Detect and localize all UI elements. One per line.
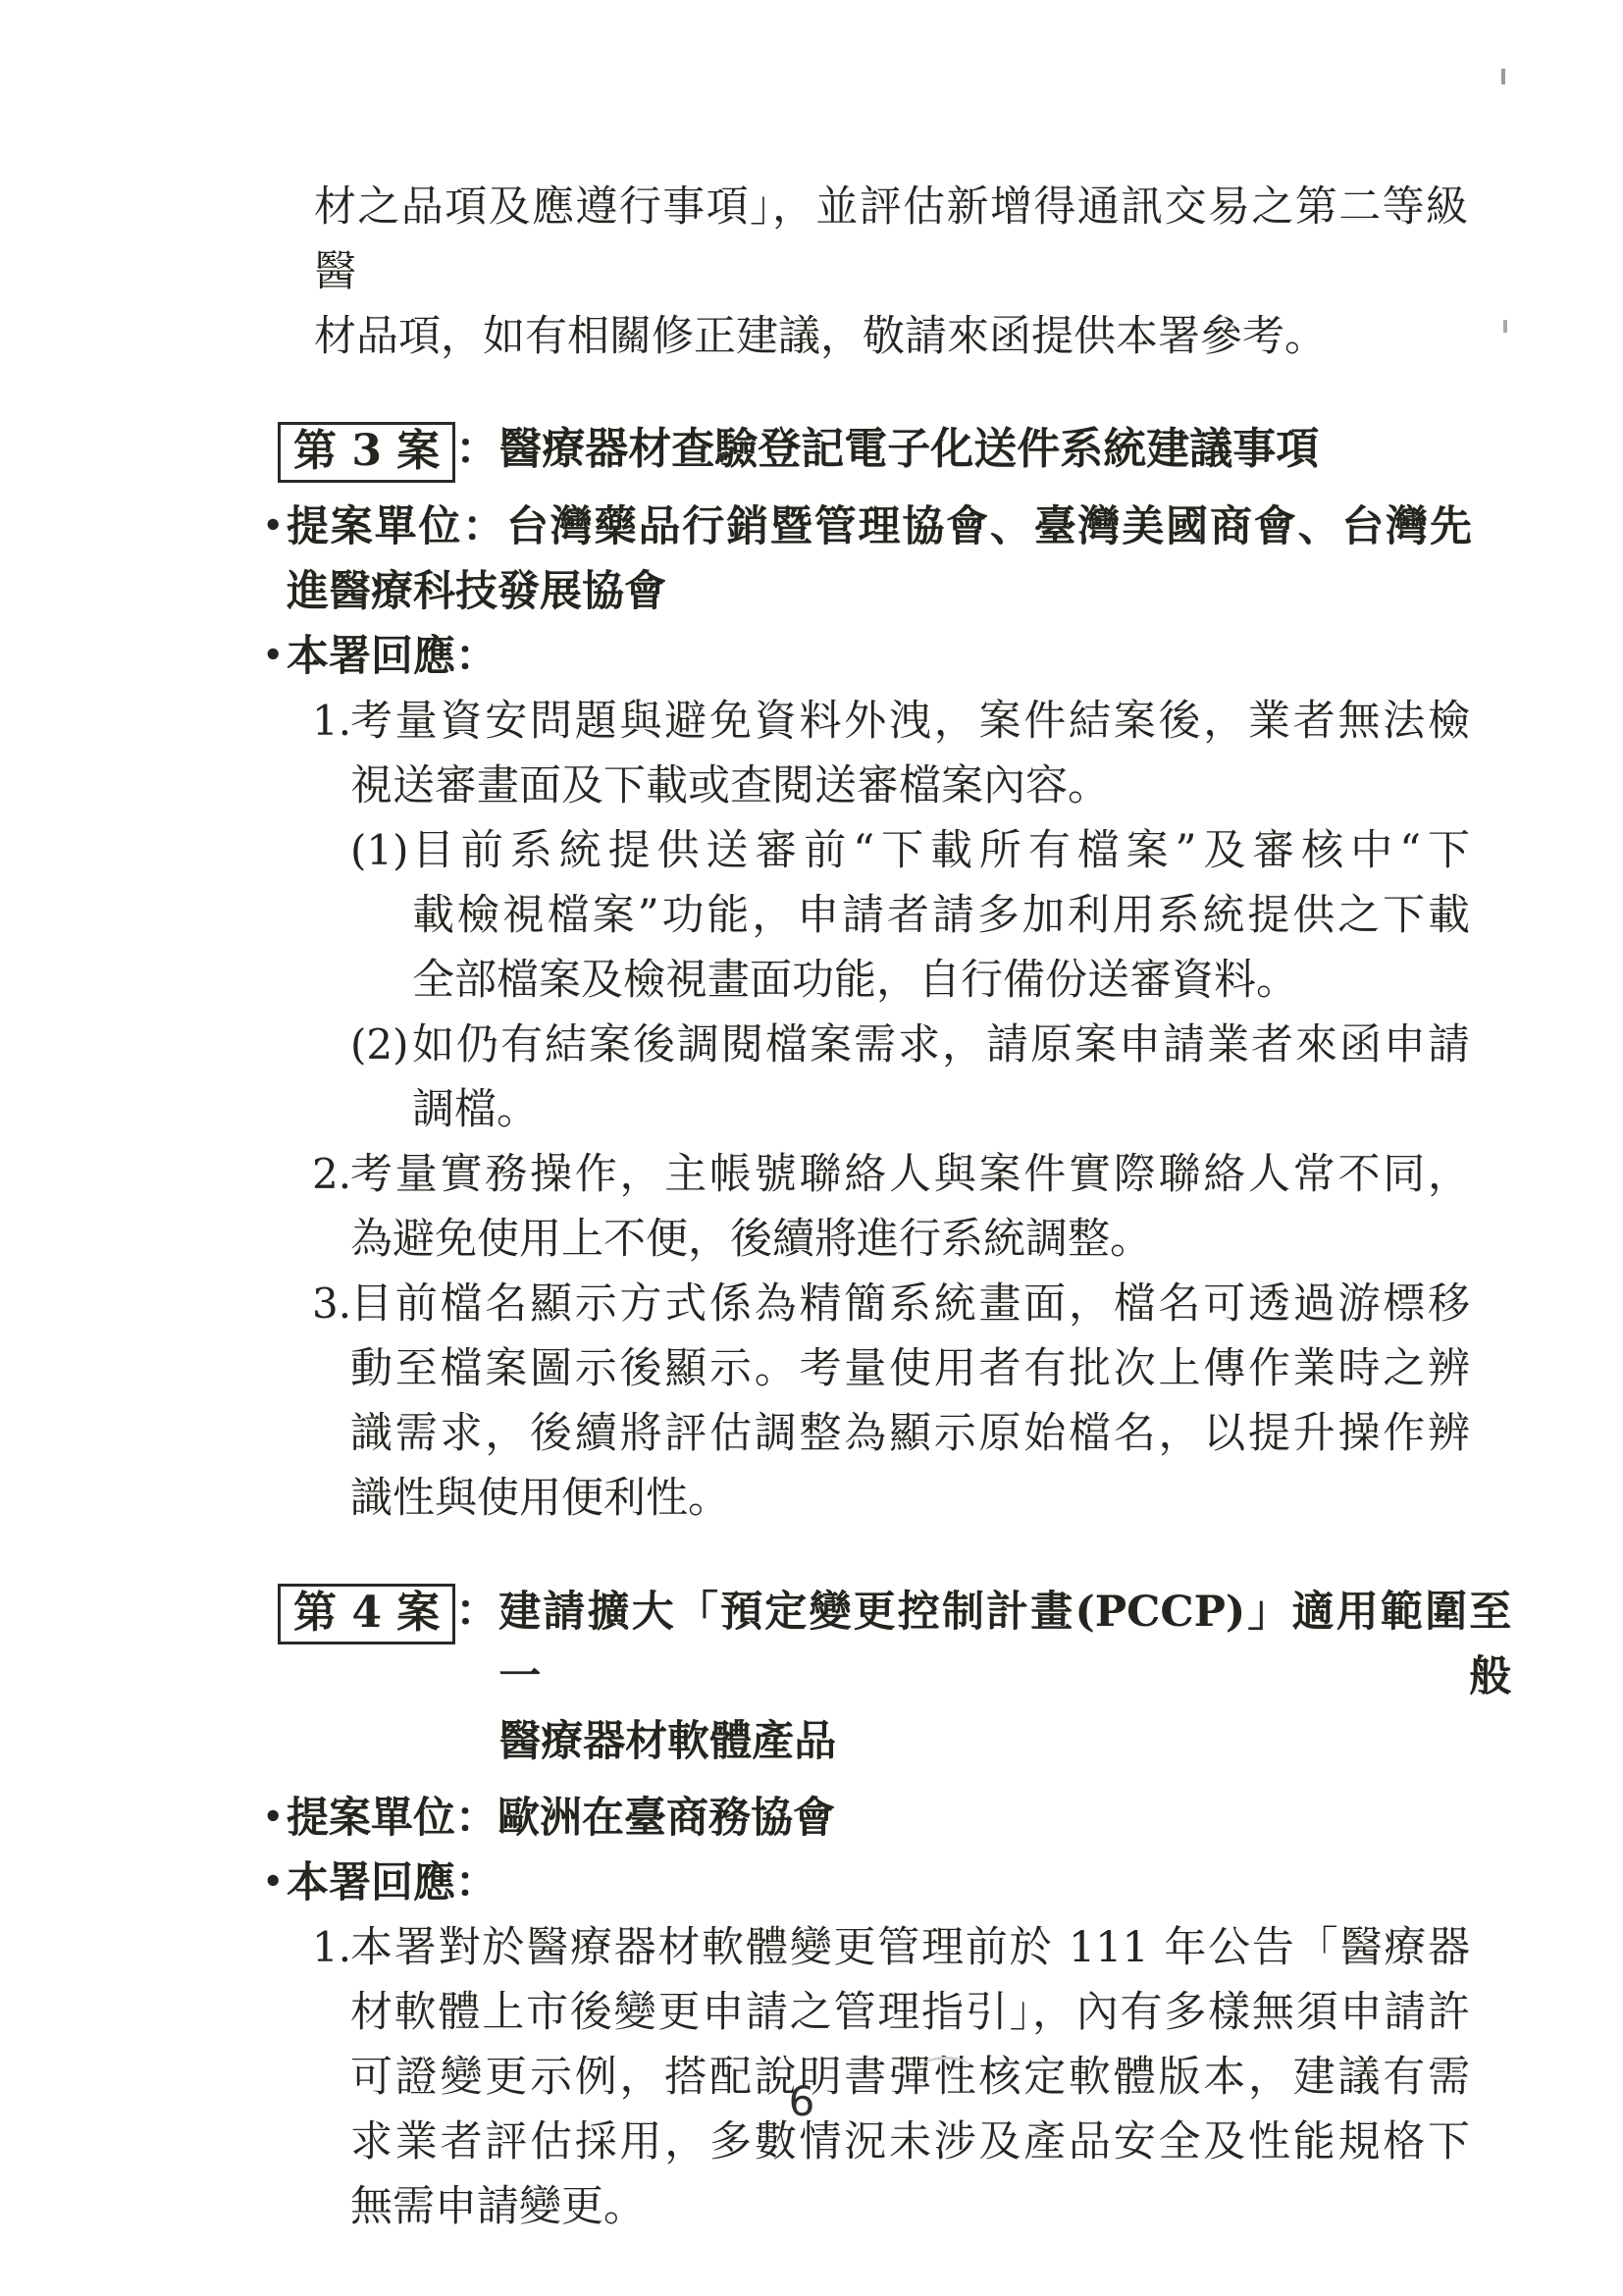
item-text: 目前檔名顯示方式係為精簡系統畫面，檔名可透過游標移 動至檔案圖示後顯示。考量使用… bbox=[350, 1272, 1470, 1531]
text-line: 本署回應： bbox=[287, 624, 1472, 689]
item-text: 考量實務操作，主帳號聯絡人與案件實際聯絡人常不同， 為避免使用上不便，後續將進行… bbox=[350, 1142, 1470, 1272]
text-line: 識需求，後續將評估調整為顯示原始檔名，以提升操作辨 bbox=[350, 1401, 1470, 1466]
subitem-number: (1) bbox=[350, 818, 412, 1013]
case4-heading: 第 4 案 ： 建請擴大「預定變更控制計畫(PCCP)」適用範圍至一般 醫療器材… bbox=[278, 1580, 1623, 1774]
text-line: 醫療器材軟體產品 bbox=[498, 1709, 1511, 1774]
text-line: 材軟體上市後變更申請之管理指引」，內有多樣無須申請許 bbox=[350, 1980, 1470, 2045]
case3-separator: ： bbox=[455, 418, 498, 481]
text-line: 本署對於醫療器材軟體變更管理前於 111 年公告「醫療器 bbox=[350, 1915, 1470, 1980]
item-text: 考量資安問題與避免資料外洩，案件結案後，業者無法檢 視送審畫面及下載或查閱送審檔… bbox=[350, 689, 1470, 1142]
proposer-label: 提案單位： bbox=[287, 1794, 497, 1843]
case4-proposer-text: 提案單位：歐洲在臺商務協會 bbox=[287, 1786, 1472, 1851]
case3-response-text: 本署回應： bbox=[287, 624, 1472, 689]
case4-proposer: • 提案單位：歐洲在臺商務協會 bbox=[263, 1786, 1623, 1851]
text-line: 建請擴大「預定變更控制計畫(PCCP)」適用範圍至一般 bbox=[498, 1580, 1511, 1709]
case3-response: • 本署回應： bbox=[263, 624, 1623, 689]
scan-artifact bbox=[920, 2057, 971, 2079]
text-line: 提案單位：歐洲在臺商務協會 bbox=[287, 1786, 1472, 1851]
text-line: 視送審畫面及下載或查閱送審檔案內容。 bbox=[350, 754, 1470, 818]
bullet-icon: • bbox=[263, 1786, 287, 1851]
case4-title: 建請擴大「預定變更控制計畫(PCCP)」適用範圍至一般 醫療器材軟體產品 bbox=[498, 1580, 1511, 1774]
text-line: 目前系統提供送審前“下載所有檔案”及審核中“下 bbox=[412, 818, 1470, 883]
bullet-icon: • bbox=[263, 495, 287, 624]
scan-artifact bbox=[1503, 320, 1507, 333]
text-line: 進醫療科技發展協會 bbox=[287, 559, 1472, 624]
text-line: 為避免使用上不便，後續將進行系統調整。 bbox=[350, 1207, 1470, 1272]
text-line: 載檢視檔案”功能，申請者請多加利用系統提供之下載 bbox=[412, 883, 1470, 948]
item-number: 2. bbox=[312, 1142, 350, 1272]
document-page: 材之品項及應遵行事項」，並評估新增得通訊交易之第二等級醫 材品項，如有相關修正建… bbox=[0, 0, 1623, 2296]
item-number: 1. bbox=[312, 689, 350, 1142]
bullet-icon: • bbox=[263, 624, 287, 689]
scan-artifact bbox=[1501, 69, 1505, 84]
text-line: 無需申請變更。 bbox=[350, 2174, 1470, 2239]
subitem-text: 如仍有結案後調閱檔案需求，請原案申請業者來函申請 調檔。 bbox=[412, 1013, 1470, 1142]
page-number: 6 bbox=[0, 2078, 1603, 2125]
case4-response-text: 本署回應： bbox=[287, 1851, 1472, 1915]
case4-separator: ： bbox=[455, 1580, 498, 1643]
subitem-number: (2) bbox=[350, 1013, 412, 1142]
text-line: 調檔。 bbox=[412, 1077, 1470, 1142]
document-body: 材之品項及應遵行事項」，並評估新增得通訊交易之第二等級醫 材品項，如有相關修正建… bbox=[0, 175, 1623, 2239]
text-line: 動至檔案圖示後顯示。考量使用者有批次上傳作業時之辨 bbox=[350, 1336, 1470, 1401]
text-line: 本署回應： bbox=[287, 1851, 1472, 1915]
item-number: 3. bbox=[312, 1272, 350, 1531]
bullet-icon: • bbox=[263, 1851, 287, 1915]
text-line: 識性與使用便利性。 bbox=[350, 1466, 1470, 1531]
text-line: 目前檔名顯示方式係為精簡系統畫面，檔名可透過游標移 bbox=[350, 1272, 1470, 1336]
text-line: 考量資安問題與避免資料外洩，案件結案後，業者無法檢 bbox=[350, 689, 1470, 754]
text-line: 材品項，如有相關修正建議，敬請來函提供本署參考。 bbox=[314, 304, 1468, 369]
item-number: 1. bbox=[312, 1915, 350, 2239]
text-line: 材之品項及應遵行事項」，並評估新增得通訊交易之第二等級醫 bbox=[314, 175, 1468, 304]
case4-response: • 本署回應： bbox=[263, 1851, 1623, 1915]
case3-item-3: 3. 目前檔名顯示方式係為精簡系統畫面，檔名可透過游標移 動至檔案圖示後顯示。考… bbox=[312, 1272, 1623, 1531]
case4-label-box: 第 4 案 bbox=[278, 1584, 455, 1644]
continuation-paragraph: 材之品項及應遵行事項」，並評估新增得通訊交易之第二等級醫 材品項，如有相關修正建… bbox=[314, 175, 1468, 369]
case3-item-1-sub-2: (2) 如仍有結案後調閱檔案需求，請原案申請業者來函申請 調檔。 bbox=[350, 1013, 1470, 1142]
subitem-text: 目前系統提供送審前“下載所有檔案”及審核中“下 載檢視檔案”功能，申請者請多加利… bbox=[412, 818, 1470, 1013]
text-line: 全部檔案及檢視畫面功能，自行備份送審資料。 bbox=[412, 948, 1470, 1013]
text-line: 考量實務操作，主帳號聯絡人與案件實際聯絡人常不同， bbox=[350, 1142, 1470, 1207]
proposer-orgs: 台灣藥品行銷暨管理協會、臺灣美國商會、台灣先 bbox=[506, 502, 1472, 551]
case3-item-2: 2. 考量實務操作，主帳號聯絡人與案件實際聯絡人常不同， 為避免使用上不便，後續… bbox=[312, 1142, 1623, 1272]
proposer-orgs: 歐洲在臺商務協會 bbox=[497, 1794, 835, 1843]
item-text: 本署對於醫療器材軟體變更管理前於 111 年公告「醫療器 材軟體上市後變更申請之… bbox=[350, 1915, 1470, 2239]
text-line: 提案單位：台灣藥品行銷暨管理協會、臺灣美國商會、台灣先 bbox=[287, 495, 1472, 559]
case3-title: 醫療器材查驗登記電子化送件系統建議事項 bbox=[498, 418, 1319, 481]
case3-label-box: 第 3 案 bbox=[278, 422, 455, 483]
case3-heading: 第 3 案 ： 醫療器材查驗登記電子化送件系統建議事項 bbox=[278, 418, 1623, 483]
case3-item-1-sub-1: (1) 目前系統提供送審前“下載所有檔案”及審核中“下 載檢視檔案”功能，申請者… bbox=[350, 818, 1470, 1013]
text-line: 如仍有結案後調閱檔案需求，請原案申請業者來函申請 bbox=[412, 1013, 1470, 1077]
case3-item-1: 1. 考量資安問題與避免資料外洩，案件結案後，業者無法檢 視送審畫面及下載或查閱… bbox=[312, 689, 1623, 1142]
case3-proposer-text: 提案單位：台灣藥品行銷暨管理協會、臺灣美國商會、台灣先 進醫療科技發展協會 bbox=[287, 495, 1472, 624]
case3-proposer: • 提案單位：台灣藥品行銷暨管理協會、臺灣美國商會、台灣先 進醫療科技發展協會 bbox=[263, 495, 1623, 624]
proposer-label: 提案單位： bbox=[287, 502, 506, 551]
